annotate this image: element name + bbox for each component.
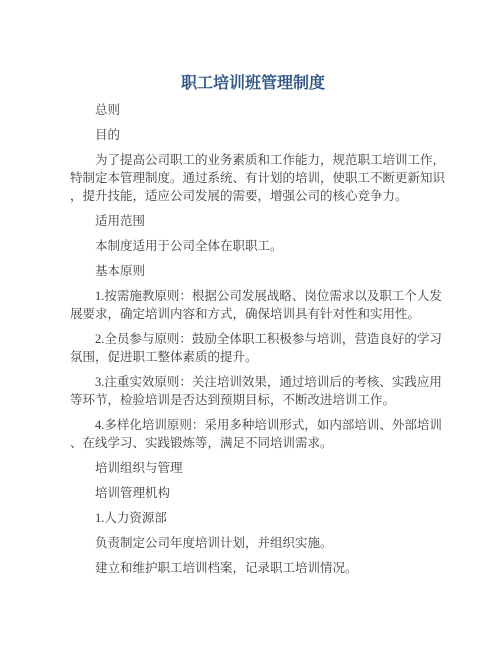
document-page: 职工培训班管理制度 总则 目的 为了提高公司职工的业务素质和工作能力，规范职工培… bbox=[0, 0, 500, 647]
heading-general-provisions: 总则 bbox=[70, 101, 436, 119]
paragraph-principle-1: 1.按需施教原则：根据公司发展战略、岗位需求以及职工个人发 展要求，确定培训内容… bbox=[70, 287, 436, 323]
heading-basic-principles: 基本原则 bbox=[70, 262, 436, 280]
paragraph-purpose-body: 为了提高公司职工的业务素质和工作能力，规范职工培训工作， 特制定本管理制度。通过… bbox=[70, 151, 436, 205]
paragraph-hr-duty-plan: 负责制定公司年度培训计划，并组织实施。 bbox=[70, 534, 436, 552]
heading-scope: 适用范围 bbox=[70, 212, 436, 230]
paragraph-hr-duty-archive: 建立和维护职工培训档案，记录职工培训情况。 bbox=[70, 559, 436, 577]
paragraph-principle-3: 3.注重实效原则：关注培训效果，通过培训后的考核、实践应用 等环节，检验培训是否… bbox=[70, 373, 436, 409]
paragraph-principle-4: 4.多样化培训原则：采用多种培训形式，如内部培训、外部培训 、在线学习、实践锻炼… bbox=[70, 416, 436, 452]
paragraph-scope-body: 本制度适用于公司全体在职职工。 bbox=[70, 237, 436, 255]
paragraph-principle-2: 2.全员参与原则：鼓励全体职工积极参与培训，营造良好的学习 氛围，促进职工整体素… bbox=[70, 330, 436, 366]
heading-purpose: 目的 bbox=[70, 126, 436, 144]
heading-training-organization: 培训组织与管理 bbox=[70, 459, 436, 477]
document-title: 职工培训班管理制度 bbox=[70, 73, 436, 95]
paragraph-hr-department: 1.人力资源部 bbox=[70, 509, 436, 527]
heading-training-management-body: 培训管理机构 bbox=[70, 484, 436, 502]
